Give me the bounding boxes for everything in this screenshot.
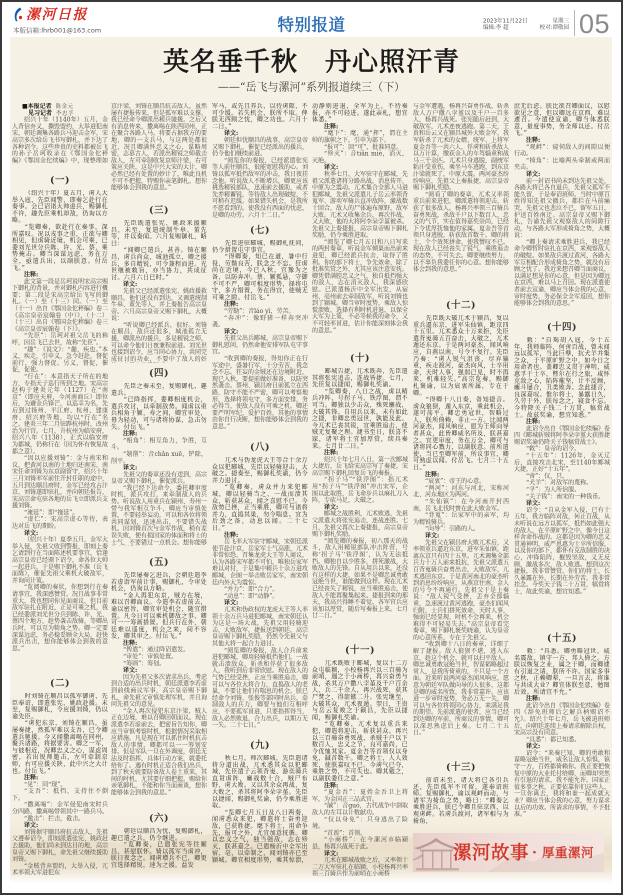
text-block: 前诏未至，诸大将已各引兵还，先臣孤军不可留，遂奉诏班师。复赐御札，谕以观衅而动，… xyxy=(413,777,509,825)
paragraph: “剗削”：音chǎn xuē，铲除，削平。 xyxy=(111,451,207,465)
newspaper-page: 漯河日报 本版信箱:lhrb001@163.com 特别报道 2023年11月2… xyxy=(0,0,623,895)
text-block: 敕：“自羯胡入寇，今十五年，我师临阵，何啻百战，曾未闻远以孤军，当此巨孽，抗犬羊… xyxy=(514,337,610,623)
paragraph: “观衅”：窥伺敌人的间隙以便行动。 xyxy=(514,144,610,158)
paragraph: 岳飞率大军驻守郾城，宋朝廷派使节赴汴京，岳家军士气高涨，兀术非常惊恐，召集龙虎大… xyxy=(212,539,308,587)
proofreader: 校对:谭敬园 xyxy=(540,24,569,31)
edict-text: 兀术既败于郾城，复以十二万众屯临颍，小校杨再兴以三百骑为前哨，遇之于小商桥，再兴… xyxy=(312,660,408,721)
paragraph: “我已经下达命令，委托卿审度时机，派兵攻打，来牵制敌人的兵势。听说敌人用重兵在颍… xyxy=(111,485,207,546)
text-block: 先臣之奏未至，复赐御札，趣遣兵。“已降指挥，委卿相度机会，遣兵攻讨，以牵制敌势。… xyxy=(111,383,207,546)
edict-text: “览卿奏，八日之战，虏以精兵冲阵，号拐子马、铁浮图，谓不可当。卿独以少击众，殊死… xyxy=(312,388,408,449)
section-heading: (十一) xyxy=(312,640,408,660)
byline-name: 陈金元 xyxy=(56,103,74,110)
subheadline: ——“岳飞与漯河”系列报道续三（下） xyxy=(0,82,623,94)
edict-text: “览卿奏，欲赴行在奏事，深所嘉叹。况以戎事之重，正欲与卿相见，但虏骑近境，机会可… xyxy=(12,224,108,272)
edict-text-continued: 军马，或先且养兵，以待虏隙，不可少缓。若失机会，朕所不取。俾朕无西顾之忧，卿之功… xyxy=(212,103,308,130)
text-block: 先臣进驻郾城，赐御札抚问，仍令措置屯守事宜。“得卿奏，知已在道，暑中行役，劳勚良… xyxy=(212,240,308,430)
paragraph: 此诏令出自《鄂国金佗续编》卷四《辞免班师后乞解兵柄赐诏不允》。绍兴十年七月，岳飞… xyxy=(514,702,610,736)
paragraph: 先祖父出兵郾城，高宗皇帝赐下御札慰问，仍然命他安排军队屯守事宜。 xyxy=(212,335,308,355)
paragraph: “阅览你的奏报，已经派遣张宪等人前往顺昌，很能宽慰我的心。刘锜以孤军抵挡敌军的冲… xyxy=(212,157,308,218)
edict-text: “览卿奏，已遣张宪等往顺昌，甚慰朕怀。锜以孤军当虏冲，朕日夜念之。闻虏增兵不已，… xyxy=(111,842,207,869)
paragraph: “两河”：河东与河北，宋称河北、河东地区为两河。 xyxy=(413,485,509,499)
paragraph: “行在”：本意指天子所在的地方，专指天子巡行所到之地。宋高宗赵构于建炎元年（11… xyxy=(12,374,108,456)
edict-text: 先臣之奏未至，复赐御札，趣遣兵。 xyxy=(111,383,207,397)
section-heading: (五) xyxy=(111,552,207,572)
edict-text: “得卿十八日奏，备知捷音。虏众狼狈，遁入东京，乘此机会，遂可荡平。卿忠勇冠世，智… xyxy=(413,397,509,472)
text-block: 先臣既大破兀术于颍昌，复以重兵逼东京，进军朱仙镇，距京四十五里。兀术悉众十万来拒… xyxy=(413,315,509,757)
paragraph: “背嵬”：岳家军中的亲军，均为精锐骑兵。 xyxy=(413,512,509,526)
column-3: 军马，或先且养兵，以待虏隙，不可少缓。若失机会，朕所不取。俾朕无西顾之忧，卿之功… xyxy=(212,103,308,878)
text-block: 时刘锜在顺昌以孤军御虏，先臣奉诏，即遣张宪、姚政赴援。未至，复赐御札，令应援刘锜… xyxy=(12,693,108,877)
section-heading: (九) xyxy=(212,735,308,755)
paragraph: 诏令：“自从金军入侵，已有十五年，我方临阵对敌，何止百战，从未听说在远方以孤军，… xyxy=(514,507,610,595)
column-5: 与金军遭遇，杨再兴奋勇作战，斩杀敌人万户撒八孛堇以及千户一百多人，杨再兴战死。张… xyxy=(413,103,509,829)
paragraph: （绍兴十年）夏季五月，金军大举入侵，先祖父收到警报，即刻上奏乞请到行在当面陈述机… xyxy=(12,537,108,585)
section-heading: (十四) xyxy=(514,317,610,337)
edict-text: “已降指挥，委卿相度机会，遣兵攻讨，以牵制敌势。闻虏以重兵相角于颍、寿之间，卿宜… xyxy=(111,397,207,431)
paragraph: “览阅卿的奏状，你想到行在奏请事宜，我深感赞赏。况且战事非常重大，我也想同你见面… xyxy=(12,584,108,652)
text-block: 兀术与伪龙虎大王等合十余万众以犯郾城，先臣以轻骑迎击，大破之。捷奏至，赐御札奖谕… xyxy=(212,457,308,729)
edict-text: 秋七月，师次郾城，先臣遣诸将分道出战，兀术悉其众以犯郾城，先臣遣子云领背嵬、游奕… xyxy=(212,755,308,809)
paragraph: “虚伫”：宋高宗虚心等待，表达对岳飞的期盼。 xyxy=(12,516,108,530)
edict-text: 敕：“自羯胡入寇，今十五年，我师临阵，何啻百战，曾未闻远以孤军，当此巨孽，抗犬羊… xyxy=(514,337,610,419)
paragraph: “金贼背弃盟约，大举入侵，兀术率领大军进犯东 xyxy=(12,863,108,877)
paragraph: “馘”：音guó，古代战争中割取敌人的左耳以计数献功。 xyxy=(312,803,408,817)
paragraph: “掎角”：比喻两头牵制或两面夹击。 xyxy=(514,157,610,171)
page-number: 05 xyxy=(579,10,610,38)
text-block: 郾城告捷，兀术既奔，先臣遣其将张宪追击，连战皆捷。七月，先臣复以捷闻，赐御札奖谕… xyxy=(312,368,408,640)
section-heading: (六) xyxy=(111,808,207,828)
header-divider xyxy=(574,10,575,36)
banner-subtitle: 厚重漯河 xyxy=(542,845,594,861)
paragraph-continued: 与金军遭遇，杨再兴奋勇作战，斩杀敌人万户撒八孛堇以及千户一百多人，杨再兴战死。张… xyxy=(413,103,509,191)
paragraph: 绍兴十年七月八日，第一次郾城大捷后，岳飞给宋高宗写了奏捷，宋高宗赐下御札回复岳飞… xyxy=(312,456,408,476)
banner-separator: · xyxy=(532,842,537,863)
article-body: ■本报记者陈金元见习记者李忠孚绍兴十年（1140年）五月，金人背信弃义，撕毁盟约… xyxy=(0,103,623,878)
section-heading: (三) xyxy=(111,200,207,220)
text-block: 先臣屡奏乞进兵，会朝廷遣李若虚诣军前计事，赐御札，令审处机会，仍询以方略。“金人… xyxy=(111,572,207,803)
edict-text: 郾城告捷，兀术既奔，先臣遣其将张宪追击，连战皆捷。七月，先臣复以捷闻，赐御札奖谕… xyxy=(312,368,408,388)
paragraph: “撒离喝”：金军侵犯南宋时兵分四路，撒离喝带领其中一路兵马。 xyxy=(12,802,108,816)
paragraph: “阅看了卿的奏章，兀术又率领重兵前来进犯，卿派遣将领迎击，斩获了很多敌人。杨再兴… xyxy=(413,191,509,273)
editor: 编辑:李 超 xyxy=(483,24,509,31)
paragraph: “朱仙镇”：在今河南开封西南，岳飞北伐时曾在此大败金军。 xyxy=(413,499,509,513)
section-heading: (十三) xyxy=(413,757,509,777)
paragraph: 前一封诏书尚未到达先祖父处，各路大将已各自退兵，先祖父孤军不能久留，于是奉诏班师… xyxy=(514,178,610,239)
edict-text: “览卿奏，虏众并力来犯郾城，卿以轻骑当之，一战而溃其众，斩获甚众，闻之喜慰不已。… xyxy=(212,484,308,532)
text-block: 先臣既遣张宪、姚政来援顺昌，未至，复遣统制牛皋、董先等，并以奏闻。六月复赐御札，… xyxy=(111,220,207,363)
edict-text: 先臣既大破兀术于颍昌，复以重兵逼东京，进军朱仙镇，距京四十五里。兀术悉众十万来拒… xyxy=(413,315,509,397)
paragraph: “听说卿已经派兵，很好。刘锜在顺昌，敌兵还很多，城池孤立无援，卿派出的援兵，多是… xyxy=(111,322,207,363)
paragraph: “卿上奏请求乘胜进兵，我已经命令卿暂时驻扎在京西，来观察敌人的破绽。如果敌兵渡过… xyxy=(514,239,610,307)
edict-text: “金人再犯东京，贼方在境，难以召卿面议。今遣李若虚前去，谕以密旨，卿宜审处机会，… xyxy=(111,592,207,640)
section-heading: (四) xyxy=(111,363,207,383)
paragraph: 诏令：“来奏已知，卿的勇敢和谋略冠绝当世，威名让敌人惊惧，镇守一方，百姓都倚赖你… xyxy=(514,750,610,818)
edict-text: 兀术与伪龙虎大王等合十余万众以犯郾城，先臣以轻骑迎击，大破之。捷奏至，赐御札奖谕… xyxy=(212,457,308,484)
edict-text: 先臣进驻郾城，赐御札抚问，仍令措置屯守事宜。 xyxy=(212,240,308,254)
paragraph: “阅览了卿七月五日和八日写来的两封奏章，听说金军倾巢而出前来进犯，卿已经派兵抗击… xyxy=(312,239,408,334)
edict-text: 敕：“具悉。卿勇略冠世，威名震敌，镇守一方，邦人倚之。方朕以恢复之业，属之于卿，… xyxy=(514,648,610,696)
paragraph: 因为先祖父多次请求出兵，考虑到合适的出兵时机，朝廷派遣李若虚到前线商议军事，高宗… xyxy=(111,674,207,708)
text-block: 与金军遭遇，杨再兴奋勇作战，斩杀敌人万户撒八孛堇以及千户一百多人，杨再兴战死。张… xyxy=(413,103,509,293)
column-2: 京汴梁，刘锜在顺昌抗击敌人，虽然屡有捷报传来，但是孤军难以支撑，我已经命令卿派出… xyxy=(111,103,207,878)
paragraph: “收到卿十八日的奏章，详细了解了捷报。敌人狼狈不堪，逃入东京，趁这个机会，就可以… xyxy=(413,641,509,736)
text-block: 敕：“具悉。卿勇略冠世，威名震敌，镇守一方，邦人倚之。方朕以恢复之业，属之于卿，… xyxy=(514,648,610,818)
edict-text-continued: 动静则进退，全军为上，不待奏报，亦不可轻进。遂此亲札，想宜体悉。” xyxy=(312,103,408,123)
paragraph: “先臣”：岳珂对祖父岳飞的称呼，因岳飞已去世，故称“先臣”。 xyxy=(12,333,108,347)
paragraph: “金人再次侵犯东京汴梁，贼人正在边境，难以召卿回朝面议。现在派遣李若虚前去，把密… xyxy=(111,708,207,796)
paragraph: 刘锜据守顺昌府抗击敌人，先祖父遵奉诏令，即刻派遣张宪、姚政赶去援助，他们尚未到达… xyxy=(12,829,108,863)
edict-text: 朝廷以顺昌为忧，复赐御札，趣已遣之兵，仍令继进。 xyxy=(111,828,207,842)
paragraph: 此文第一段是岳珂说明宋高宗赐下御札的背景，并对御札内容进行概要；第二段是宋高宗给… xyxy=(12,278,108,332)
paragraph: “因以应援刘锜”：金与南宋和议，把黄河以南的土地归还南宋，南宋任命刘锜为东京副留… xyxy=(12,455,108,509)
section-heading: (一) xyxy=(12,170,108,190)
paragraph: “收到卿的奏报，得知你正在行军途中，盛暑行军，十分劳苦，我念念不忘。狂妄的金贼还… xyxy=(212,356,308,431)
paragraph: 兀术和伪政权的龙虎大王等人率领十余万兵马进犯郾城，南宋朝廷认为这是一场大战，先祖… xyxy=(212,607,308,648)
paragraph: 此诏令出自《鄂国金佗续编》卷四《郾城斩贼将阿李朵孛堇大获胜捷赐诏奖谕仍降关子钱犒… xyxy=(514,425,610,445)
paragraph: “小商桥”：在今漯河市临颍县，杨再兴战死于此。 xyxy=(312,837,408,851)
paragraph: “殄灭”：音tiǎn miè，消灭，灭绝。 xyxy=(312,151,408,165)
section-heading: (八) xyxy=(212,437,308,457)
paragraph: “麾下”：麾，通“挥”，谓在主帅的旗帜之下，引申为部下。 xyxy=(312,130,408,144)
column-6: 庶无后虑。朕比欲召卿面议，以慰欲见之意，但以卿远在京西，难以遽召。今遣使宣谕，卿… xyxy=(514,103,610,824)
edict-text: 前诏未至，诸大将已各引兵还，先臣孤军不可留，遂奉诏班师。复赐御札，谕以观衅而动，… xyxy=(413,777,509,825)
paragraph: “夏金吾”：夏姓金吾卫上将军，为金国正三品武官。 xyxy=(312,789,408,803)
text-block: 庶无后虑。朕比欲召卿面议，以慰欲见之意，但以卿远在京西，难以遽召。今遣使宣谕，卿… xyxy=(514,103,610,314)
paragraph: “十五年”：1126年，金灭辽后，直接攻击北宋，至1140年郾城大捷，正好“十五… xyxy=(514,453,610,473)
paragraph: “奔冲”：像野猪一样奔突冲袭。 xyxy=(212,315,308,329)
paragraph: 郾城之战胜利，兀术败逃，先祖父派遣大将张宪追击，连战连胜。七月，先祖父再次上奏捷… xyxy=(312,511,408,538)
section-heading: (七) xyxy=(212,220,308,240)
text-block: 军马，或先且养兵，以待虏隙，不可少缓。若失机会，朕所不取。俾朕无西顾之忧，卿之功… xyxy=(212,103,308,219)
section-heading: (二) xyxy=(12,673,108,693)
column-1: ■本报记者陈金元见习记者李忠孚绍兴十年（1140年）五月，金人背信弃义，撕毁盟约… xyxy=(12,103,108,878)
edict-text: （绍兴十年）夏五月，虏人大举入寇，先臣闻警，即奏乞赴行在奏事。会已诏诸大帅进兵，… xyxy=(12,190,108,224)
edict-text: “览卿七月五日及八日两奏，闻虏悉众来犯，卿遣将士奋勇迎敌，已获胜捷。麾下将士，用… xyxy=(212,809,308,863)
paragraph: 先祖父已经派遣张宪、姚政援救顺昌，他们还没有到达，又调遣统制牛皋、董先等人，并上… xyxy=(111,288,207,322)
section-heading: (十二) xyxy=(413,295,509,315)
paragraph: 先祖父在颍昌府大败兀术后，又率领重兵逼近东京，进军朱仙镇，距离东京只有四十五里。… xyxy=(413,539,509,641)
byline: ■本报记者陈金元 xyxy=(12,103,108,110)
edict-text: 先臣屡奏乞进兵，会朝廷遣李若虚诣军前计事，赐御札，令审处机会，仍询以方略。 xyxy=(111,572,207,592)
banner-title: 漯河故事 xyxy=(453,842,529,863)
paragraph: “趣”：《说文》：“趣，疾也。”本义，疾走，引申义，急令赶赴，督促前行，强力督促… xyxy=(12,346,108,373)
edict-text: “闻卿已遣兵，甚善。锜在顺昌，虏兵尚众，城池孤立，卿之援兵，多自精锐，可令兼程而… xyxy=(111,247,207,281)
paragraph: “拐子马”“铁浮图”：指兀术用“拐子马”“铁浮图”冲击宋军，企图以此取胜，岳飞命… xyxy=(312,477,408,504)
edict-text: “览卿奏，兀术复以重兵来犯，卿遣将迎击，斩获甚众。再兴以三百骑奋勇死战，杀贼千户… xyxy=(312,721,408,782)
paragraph: 朝廷担忧顺昌的战事，高宗皇帝又赐下御札，催促已经派出的援兵，仍令他们继续前进。 xyxy=(212,137,308,157)
text-block: 秋七月，师次郾城，先臣遣诸将分道出战，兀术悉其众以犯郾城，先臣遣子云领背嵬、游奕… xyxy=(212,755,308,877)
paragraph: 兀术在郾城战败之后，又率领十二万大军驻扎在临颍，小校杨再兴率领三百骑兵作为前哨在… xyxy=(312,857,408,877)
column-4: 动静则进退，全军为上，不待奏报，亦不可轻进。遂此亲札，想宜体悉。”注释:“麾下”… xyxy=(312,103,408,878)
text-block: 动静则进退，全军为上，不待奏报，亦不可轻进。遂此亲札，想宜体悉。”注释:“麾下”… xyxy=(312,103,408,348)
text-block: 兀术既败于郾城，复以十二万众屯临颍，小校杨再兴以三百骑为前哨，遇之于小商桥，再兴… xyxy=(312,660,408,878)
paragraph: 绍兴十年（1140年）五月，金人背信弃义，撕毁盟约，大举进犯南宋，朝廷调集各路兵… xyxy=(12,117,108,165)
paragraph: “阅览卿的奏报，初八那天的战斗，敌人用精锐部队冲击阵营，号称‘拐子马’‘铁浮图’… xyxy=(312,538,408,620)
paragraph: 先祖父的奏章还没有送到，高宗皇帝又赐下御札，催促派兵。 xyxy=(111,471,207,485)
headline: 英名垂千秋 丹心照汗青 xyxy=(0,47,623,77)
text-block: 朝廷以顺昌为忧，复赐御札，趣已遣之兵，仍令继进。“览卿奏，已遣张宪等往顺昌，甚慰… xyxy=(111,828,207,876)
text-block: ■本报记者陈金元见习记者李忠孚绍兴十年（1140年）五月，金人背信弃义，撕毁盟约… xyxy=(12,103,108,164)
paragraph: “阅览卿的奏报，敌人合兵前来进犯郾城，卿用轻骑抵挡他们，一战就击溃敌众，斩杀和俘… xyxy=(212,647,308,729)
column-banner: 漯河故事 · 厚重漯河 xyxy=(413,833,604,872)
edict-text-continued: 庶无后虑。朕比欲召卿面议，以慰欲见之意，但以卿远在京西，难以遽召。今遣使宣谕，卿… xyxy=(514,103,610,137)
paragraph: “仅以身免”：只身逃出了险境。 xyxy=(312,816,408,830)
edict-text: “得卿奏，知已在道，暑中行役，劳勚良苦，朕念之不忘。狂虏尚在近境，今已入秋，宜豫… xyxy=(212,254,308,302)
paragraph: “支吾”：抵挡，支持住不倒下。 xyxy=(12,788,108,802)
issue-info: 2023年11月22日 星期三 编辑:李 超 校对:谭敬园 xyxy=(483,18,569,31)
section-heading: (十) xyxy=(312,348,408,368)
credits-row: 编辑:李 超 校对:谭敬园 xyxy=(483,24,569,31)
edict-text: 时刘锜在顺昌以孤军御虏，先臣奉诏，即遣张宪、姚政赴援。未至，复赐御札，令应援刘锜… xyxy=(12,693,108,720)
text-block: （绍兴十年）夏五月，虏人大举入寇，先臣闻警，即奏乞赴行在奏事。会已诏诸大帅进兵，… xyxy=(12,190,108,673)
paragraph: “相角”：相互角力，争胜，互斗。 xyxy=(111,437,207,451)
text-block: 京汴梁，刘锜在顺昌抗击敌人，虽然屡有捷报传来，但是孤军难以支撑，我已经命令卿派出… xyxy=(111,103,207,198)
paragraph-continued: 京汴梁，刘锜在顺昌抗击敌人，虽然屡有捷报传来，但是孤军难以支撑，我已经命令卿派出… xyxy=(111,103,207,191)
paragraph: 秋季七月，大军驻守在郾城，先祖父派遣诸将分路出战，消息传开，中原为之震动。兀术集… xyxy=(312,171,408,239)
edict-text: “虏犯东京，刘锜在顺昌，虽屡奏捷，然孤军难以支吾，已令卿遣兵驰援。今又闻撒离喝在… xyxy=(12,720,108,774)
edict-text: 先臣既遣张宪、姚政来援顺昌，未至，复遣统制牛皋、董先等，并以奏闻。六月复赐御札，… xyxy=(111,220,207,247)
section-heading: (十五) xyxy=(514,628,610,648)
